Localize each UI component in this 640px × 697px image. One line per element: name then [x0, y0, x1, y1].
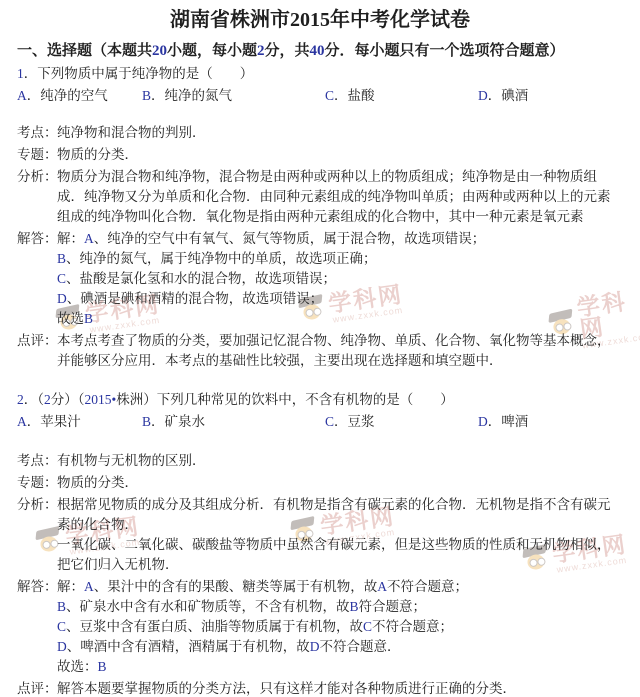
option-text: 纯净的氮气	[165, 88, 233, 103]
fenxi-line: 物质分为混合物和纯净物，混合物是由两种或两种以上的物质组成；纯净物是由一种物质组	[57, 167, 640, 187]
option-label: D．	[478, 414, 501, 429]
option-c: C．盐酸	[325, 86, 478, 106]
question-2-options: A．苹果汁 B．矿泉水 C．豆浆 D．啤酒	[17, 412, 640, 432]
kaodian-content: 有机物与无机物的区别．	[57, 451, 640, 471]
option-text: 盐酸	[348, 88, 375, 103]
kaodian-row: 考点： 有机物与无机物的区别．	[0, 451, 640, 471]
option-c: C．豆浆	[325, 412, 478, 432]
option-text: 豆浆	[348, 414, 375, 429]
jieda-line: D、啤酒中含有酒精，酒精属于有机物，故D不符合题意．	[57, 637, 640, 657]
option-label: C．	[325, 414, 348, 429]
dianping-label: 点评：	[0, 331, 57, 371]
section-header: 一、选择题（本题共20小题，每小题2分，共40分．每小题只有一个选项符合题意）	[17, 41, 640, 61]
dianping-line: 本考点考查了物质的分类，要加强记忆混合物、纯净物、单质、化合物、氧化物等基本概念…	[57, 331, 640, 351]
fenxi-line: 一氧化碳、二氧化碳、碳酸盐等物质中虽然含有碳元素，但是这些物质的性质和无机物相似…	[57, 535, 640, 555]
jieda-label: 解答：	[0, 229, 57, 329]
zhuanti-label: 专题：	[0, 473, 57, 493]
option-label: A．	[17, 88, 40, 103]
dianping-row: 点评： 本考点考查了物质的分类，要加强记忆混合物、纯净物、单质、化合物、氧化物等…	[0, 331, 640, 371]
dianping-line: 并能够区分应用．本考点的基础性比较强，主要出现在选择题和填空题中．	[57, 351, 640, 371]
answer-line: 故选B	[57, 309, 640, 329]
zhuanti-row: 专题： 物质的分类．	[0, 473, 640, 493]
option-label: B．	[142, 88, 165, 103]
option-a: A．纯净的空气	[17, 86, 142, 106]
kaodian-content: 纯净物和混合物的判别．	[57, 123, 640, 143]
fenxi-label: 分析：	[0, 167, 57, 227]
option-b: B．纯净的氮气	[142, 86, 325, 106]
fenxi-label: 分析：	[0, 495, 57, 575]
zhuanti-row: 专题： 物质的分类．	[0, 145, 640, 165]
option-text: 纯净的空气	[40, 88, 108, 103]
question-2-explanation: 考点： 有机物与无机物的区别． 专题： 物质的分类． 分析： 根据常见物质的成分…	[0, 451, 640, 697]
exam-title: 湖南省株洲市2015年中考化学试卷	[0, 0, 640, 33]
jieda-content: 解：A、纯净的空气中有氧气、氮气等物质，属于混合物，故选项错误； B、纯净的氮气…	[57, 229, 640, 329]
jieda-line: C、盐酸是氯化氢和水的混合物，故选项错误；	[57, 269, 640, 289]
fenxi-line: 成．纯净物又分为单质和化合物．由同种元素组成的纯净物叫单质；由两种或两种以上的元…	[57, 187, 640, 207]
jieda-line: 解：A、纯净的空气中有氧气、氮气等物质，属于混合物，故选项错误；	[57, 229, 640, 249]
jieda-line: 解：A、果汁中的含有的果酸、糖类等属于有机物，故A不符合题意；	[57, 577, 640, 597]
question-number: 2．	[17, 392, 37, 407]
question-1-line: 1．下列物质中属于纯净物的是（ ）	[17, 64, 640, 84]
kaodian-label: 考点：	[0, 123, 57, 143]
question-stem: 下列物质中属于纯净物的是（ ）	[37, 66, 253, 81]
question-score: （2分）（2015•株洲）	[37, 392, 156, 407]
kaodian-label: 考点：	[0, 451, 57, 471]
jieda-row: 解答： 解：A、果汁中的含有的果酸、糖类等属于有机物，故A不符合题意； B、矿泉…	[0, 577, 640, 677]
fenxi-line: 把它们归入无机物．	[57, 555, 640, 575]
option-text: 啤酒	[501, 414, 528, 429]
jieda-line: B、纯净的氮气，属于纯净物中的单质，故选项正确；	[57, 249, 640, 269]
fenxi-content: 物质分为混合物和纯净物，混合物是由两种或两种以上的物质组成；纯净物是由一种物质组…	[57, 167, 640, 227]
question-stem: 下列几种常见的饮料中，不含有机物的是（ ）	[157, 392, 454, 407]
dianping-content: 本考点考查了物质的分类，要加强记忆混合物、纯净物、单质、化合物、氧化物等基本概念…	[57, 331, 640, 371]
option-d: D．啤酒	[478, 412, 640, 432]
option-b: B．矿泉水	[142, 412, 325, 432]
option-text: 苹果汁	[40, 414, 81, 429]
option-d: D．碘酒	[478, 86, 640, 106]
jieda-line: C、豆浆中含有蛋白质、油脂等物质属于有机物，故C不符合题意；	[57, 617, 640, 637]
question-2-line: 2．（2分）（2015•株洲）下列几种常见的饮料中，不含有机物的是（ ）	[17, 390, 640, 410]
jieda-line: B、矿泉水中含有水和矿物质等，不含有机物，故B符合题意；	[57, 597, 640, 617]
dianping-label: 点评：	[0, 679, 57, 697]
fenxi-line: 根据常见物质的成分及其组成分析．有机物是指含有碳元素的化合物．无机物是指不含有碳…	[57, 495, 640, 515]
exam-document: 湖南省株洲市2015年中考化学试卷 一、选择题（本题共20小题，每小题2分，共4…	[0, 0, 640, 697]
fenxi-row: 分析： 根据常见物质的成分及其组成分析．有机物是指含有碳元素的化合物．无机物是指…	[0, 495, 640, 575]
option-text: 矿泉水	[165, 414, 206, 429]
jieda-line: D、碘酒是碘和酒精的混合物，故选项错误；	[57, 289, 640, 309]
fenxi-line: 素的化合物．	[57, 515, 640, 535]
zhuanti-content: 物质的分类．	[57, 473, 640, 493]
question-1-explanation: 考点： 纯净物和混合物的判别． 专题： 物质的分类． 分析： 物质分为混合物和纯…	[0, 123, 640, 371]
option-label: B．	[142, 414, 165, 429]
jieda-row: 解答： 解：A、纯净的空气中有氧气、氮气等物质，属于混合物，故选项错误； B、纯…	[0, 229, 640, 329]
option-label: C．	[325, 88, 348, 103]
answer-line: 故选：B	[57, 657, 640, 677]
jieda-content: 解：A、果汁中的含有的果酸、糖类等属于有机物，故A不符合题意； B、矿泉水中含有…	[57, 577, 640, 677]
option-text: 碘酒	[501, 88, 528, 103]
question-number: 1．	[17, 66, 37, 81]
fenxi-line: 组成的纯净物叫化合物．氧化物是指由两种元素组成的化合物中，其中一种元素是氧元素	[57, 207, 640, 227]
dianping-line: 解答本题要掌握物质的分类方法，只有这样才能对各种物质进行正确的分类．	[57, 679, 640, 697]
option-a: A．苹果汁	[17, 412, 142, 432]
fenxi-content: 根据常见物质的成分及其组成分析．有机物是指含有碳元素的化合物．无机物是指不含有碳…	[57, 495, 640, 575]
kaodian-row: 考点： 纯净物和混合物的判别．	[0, 123, 640, 143]
dianping-content: 解答本题要掌握物质的分类方法，只有这样才能对各种物质进行正确的分类．	[57, 679, 640, 697]
dianping-row: 点评： 解答本题要掌握物质的分类方法，只有这样才能对各种物质进行正确的分类．	[0, 679, 640, 697]
zhuanti-label: 专题：	[0, 145, 57, 165]
option-label: D．	[478, 88, 501, 103]
jieda-label: 解答：	[0, 577, 57, 677]
option-label: A．	[17, 414, 40, 429]
zhuanti-content: 物质的分类．	[57, 145, 640, 165]
question-1-options: A．纯净的空气 B．纯净的氮气 C．盐酸 D．碘酒	[17, 86, 640, 106]
fenxi-row: 分析： 物质分为混合物和纯净物，混合物是由两种或两种以上的物质组成；纯净物是由一…	[0, 167, 640, 227]
